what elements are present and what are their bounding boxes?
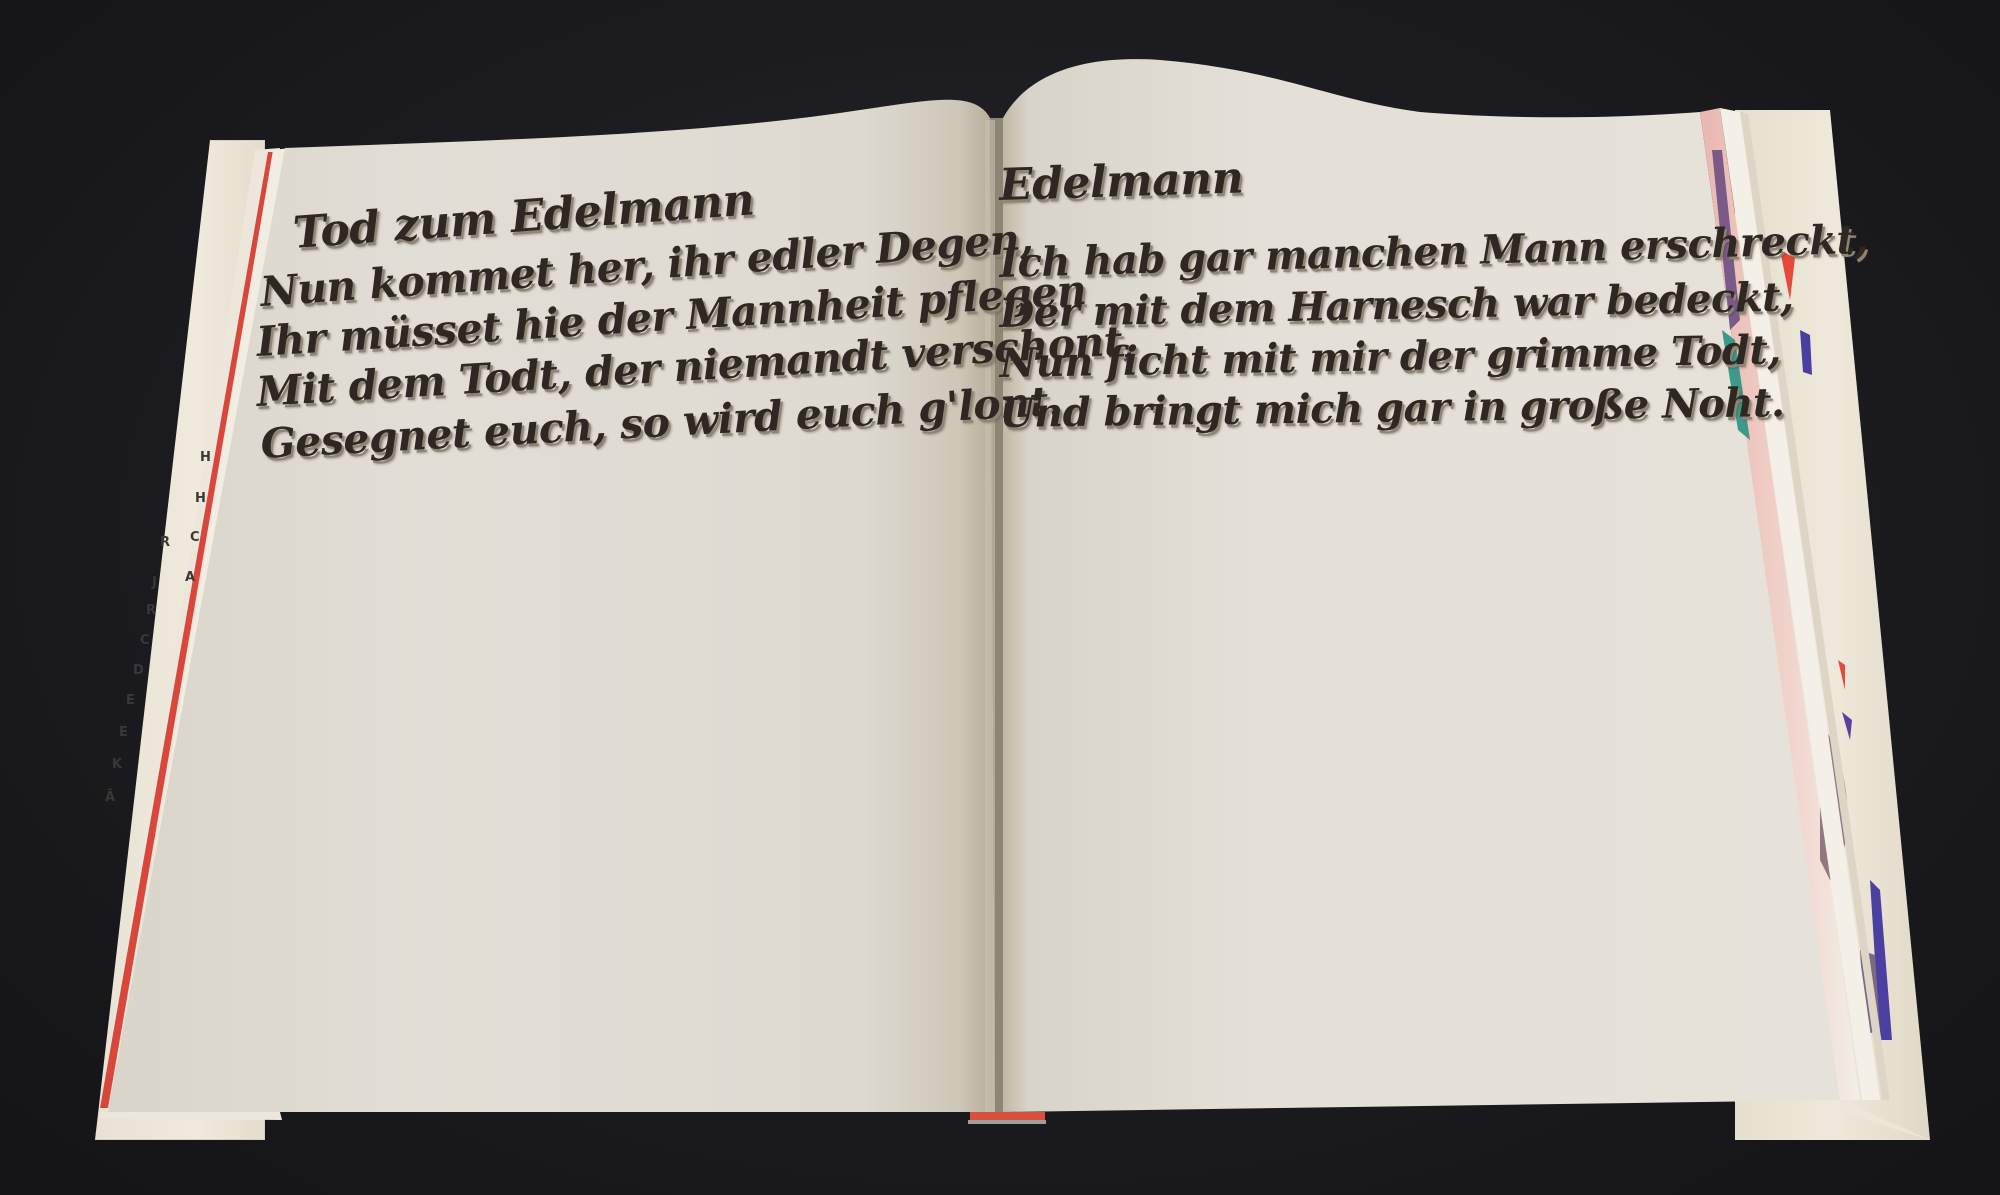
index-letter: D [133, 663, 144, 678]
index-letter: E [126, 693, 135, 708]
index-letter: R [146, 603, 156, 618]
index-letter: J [152, 575, 157, 590]
index-letter: K [112, 757, 122, 772]
index-letter: H [195, 491, 206, 506]
index-letter: Ä [105, 790, 115, 805]
right-page-title: Edelmann [998, 152, 1244, 211]
index-letter: A [185, 570, 195, 585]
photo-scene: Tod zum Edelmann Nun kommet her, ihr edl… [0, 0, 2000, 1195]
index-letter: C [140, 633, 150, 648]
index-letter: C [190, 530, 200, 545]
index-letter: R [160, 535, 170, 550]
index-letter: H [200, 450, 211, 465]
index-letter: E [119, 725, 128, 740]
